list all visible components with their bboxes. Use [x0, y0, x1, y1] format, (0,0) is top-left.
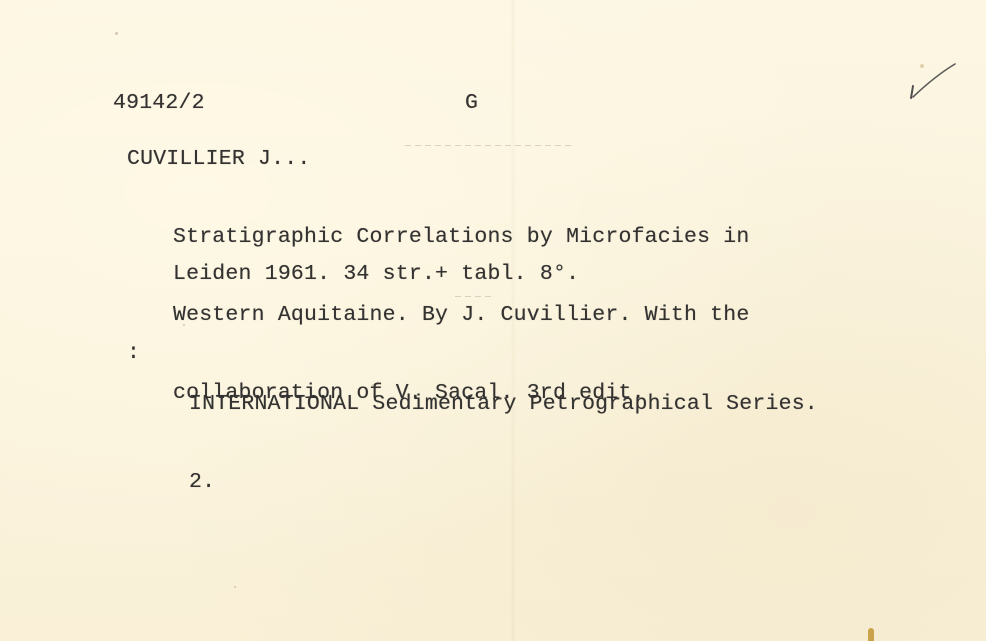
- paper-speck: [115, 32, 118, 35]
- series-line: INTERNATIONAL Sedimentary Petrographical…: [189, 391, 818, 417]
- series-line: 2.: [189, 469, 818, 495]
- paper-stain: [868, 628, 874, 641]
- title-line: Stratigraphic Correlations by Microfacie…: [173, 224, 750, 250]
- title-line: Western Aquitaine. By J. Cuvillier. With…: [173, 302, 750, 328]
- author-heading: CUVILLIER J...: [127, 146, 310, 172]
- imprint-line: Leiden 1961. 34 str.+ tabl. 8°.: [173, 261, 579, 287]
- catalog-card: 49142/2 G CUVILLIER J... Stratigraphic C…: [0, 0, 986, 641]
- call-number: 49142/2: [113, 90, 205, 116]
- faint-rule: [405, 145, 575, 146]
- location-code: G: [465, 90, 478, 116]
- series-statement: INTERNATIONAL Sedimentary Petrographical…: [189, 339, 818, 547]
- check-mark-icon: [905, 58, 965, 103]
- series-marker: :: [127, 340, 140, 366]
- paper-speck: [234, 586, 236, 588]
